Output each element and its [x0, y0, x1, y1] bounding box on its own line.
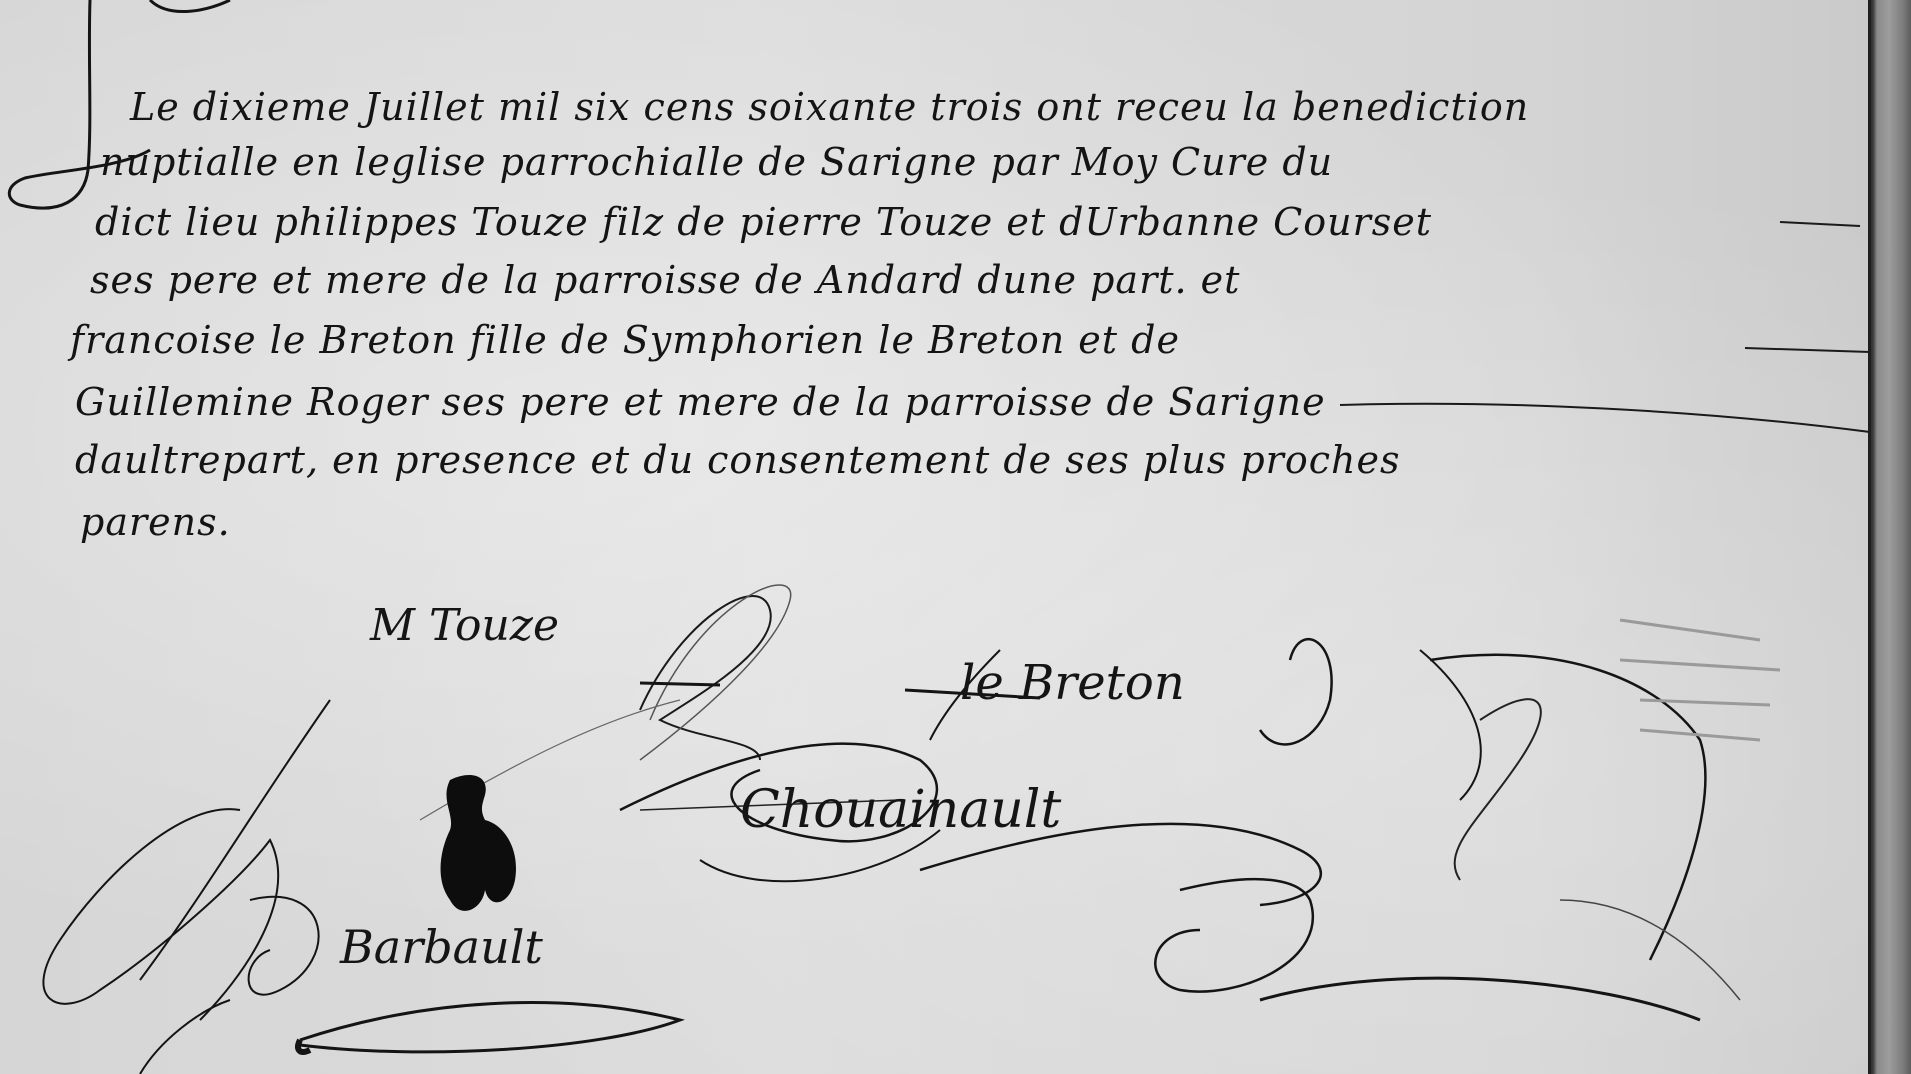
register-line-4: ses pere et mere de la parroisse de Anda…: [90, 258, 1240, 302]
signature-barbault: Barbault: [340, 920, 543, 974]
document-page: Le dixieme Juillet mil six cens soixante…: [0, 0, 1911, 1074]
signature-touze: M Touze: [370, 600, 559, 651]
signature-le-breton: le Breton: [960, 655, 1185, 711]
register-line-2: nuptialle en leglise parrochialle de Sar…: [100, 140, 1333, 184]
register-line-3: dict lieu philippes Touze filz de pierre…: [95, 200, 1432, 244]
ink-blot: [430, 770, 540, 920]
register-line-5: francoise le Breton fille de Symphorien …: [70, 318, 1180, 362]
register-line-1: Le dixieme Juillet mil six cens soixante…: [130, 85, 1529, 129]
book-binding-edge: [1869, 0, 1911, 1074]
register-line-8: parens.: [80, 500, 231, 544]
register-line-7: daultrepart, en presence et du consentem…: [75, 438, 1400, 482]
register-line-6: Guillemine Roger ses pere et mere de la …: [75, 380, 1326, 424]
signature-chouainault: Chouainault: [740, 780, 1061, 840]
page-edge-line: [1868, 0, 1871, 1074]
